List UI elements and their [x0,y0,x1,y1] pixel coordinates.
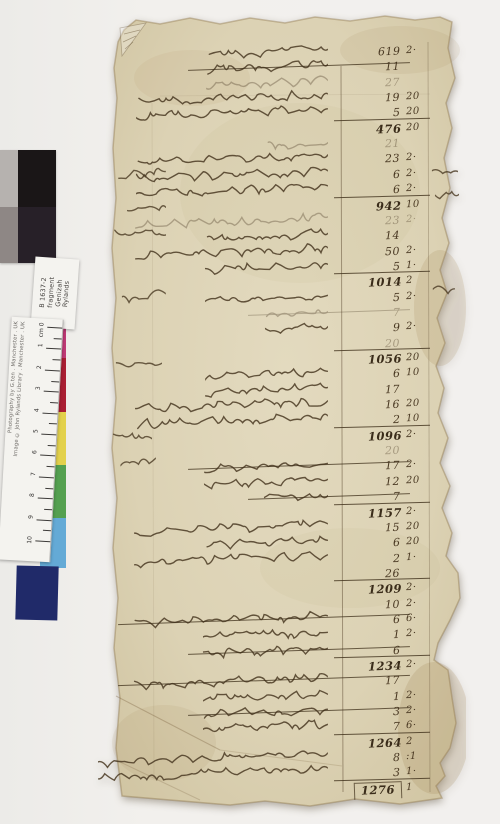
amount-value: 6 [392,536,400,549]
ruler-tick-major [46,348,61,350]
unit-value: 20 [406,352,420,363]
amount-value: 1234 [368,658,402,673]
amount-value: 1056 [368,351,402,366]
ruler-tick-minor [51,381,59,382]
ruler-tick-major [40,455,55,457]
unit-value: 2· [406,183,417,194]
ruler-tick-label: 8 [29,493,36,497]
account-entry-row: 502· [100,245,466,260]
ruler-tick-label: 4 [34,408,41,412]
margin-note-script [112,431,152,445]
account-entry-row: 11 [100,60,466,75]
unit-value: 20 [406,122,420,133]
manuscript-fragment: 6192·112719205204762021232·62·62·9421023… [100,8,466,820]
unit-value: 20 [406,91,420,102]
unit-value: 10 [406,198,420,209]
ruler-tick-major [45,369,60,371]
unit-value: 2 [406,275,413,286]
ruler-tick-minor [45,487,53,488]
ruler-tick-major [38,498,53,500]
unit-value: 2· [406,168,417,179]
account-rows: 6192·112719205204762021232·62·62·9421023… [100,8,466,820]
unit-value: 2· [406,152,417,163]
unit-value: 1· [406,260,417,271]
account-entry-row: 26 [100,567,466,582]
account-entry-row: 7 [100,306,466,321]
amount-value: 6 [392,183,400,196]
account-total-row: 11572· [100,506,466,521]
account-total-row: 12092· [100,582,466,597]
gray-patch-mid [0,207,18,263]
amount-value: 6 [392,367,400,380]
amount-value: 27 [385,75,400,89]
ruler-tick-label: 10 [26,536,33,544]
handwritten-script-line [205,258,328,276]
amount-value: 619 [377,45,400,59]
amount-value: 1 [392,628,400,641]
handwritten-script-line [203,719,328,737]
ruler-tick-minor [43,530,51,531]
account-entry-row: 17 [100,674,466,689]
ruler-tick-major [41,434,56,436]
amount-value: 17 [385,382,400,396]
account-entry-row: 1220 [100,475,466,490]
gray-patch-light [0,150,18,207]
ruler-tick-label: 5 [32,429,39,433]
navy-calibration-block [15,565,58,620]
unit-value: 2· [406,628,417,639]
ruler-tick-major [39,476,54,478]
amount-value: 1264 [368,735,402,750]
margin-note-script [432,283,455,298]
unit-value: 20 [406,475,420,486]
fragment-label-line: Rylands [62,280,71,307]
account-entry-row: 232· [100,152,466,167]
margin-note-script [116,357,162,372]
unit-value: 2· [406,214,417,225]
amount-value: 16 [385,398,400,412]
ruler-tick-major [47,327,62,329]
ruler-tick-major [37,519,52,521]
ruler-tick-label: cm 0 [38,322,46,337]
unit-value: :1 [406,751,417,762]
amount-value: 19 [385,91,400,105]
account-total-row: 10962· [100,429,466,444]
ruler-tick-minor [48,445,56,446]
unit-value: 2 [406,736,413,747]
unit-value: 20 [406,106,420,117]
unit-value: 2· [406,429,417,440]
unit-value: 2· [406,321,417,332]
unit-value: 1· [406,766,417,777]
amount-value: 5 [392,290,400,303]
account-entry-row: 1520 [100,521,466,536]
amount-value: 942 [376,198,402,213]
account-entry-row: 6192· [100,45,466,60]
unit-value: 2· [406,45,417,56]
fragment-label-line: Genizah [55,279,64,307]
ruler-tick-label: 2 [36,365,43,369]
amount-value: 23 [385,214,400,228]
amount-value: 20 [385,444,400,458]
account-entry-row: 66· [100,613,466,628]
amount-value: 5 [392,106,400,119]
amount-value: 1 [392,690,400,703]
photograph-of-manuscript: RylandsGenizahfragmentB 1637-2 Image © J… [0,0,500,824]
amount-value: 1276 [354,781,403,800]
ruler-tick-minor [50,402,58,403]
account-total-row: 12761 [100,782,466,797]
unit-value: 2· [406,659,417,670]
ruler-tick-major [42,412,57,414]
amount-value: 9 [392,321,400,334]
ruler-tick-label: 7 [30,472,37,476]
unit-value: 2· [406,597,417,608]
gray-patch-dark [18,207,56,263]
ruler-tick-minor [52,359,60,360]
ruler-tick-label: 3 [35,386,42,390]
amount-value: 10 [385,597,400,611]
unit-value: 2· [406,505,417,516]
unit-value: 1· [406,551,417,562]
account-total-row: 47620 [100,122,466,137]
unit-value: 2· [406,690,417,701]
amount-value: 7 [392,490,400,503]
amount-value: 15 [385,521,400,535]
margin-note-script [114,227,166,242]
amount-value: 476 [376,121,402,136]
amount-value: 1096 [368,428,402,443]
amount-value: 7 [392,306,400,319]
unit-value: 10 [406,367,420,378]
margin-note-script [435,188,459,202]
ruler-tick-label: 9 [28,515,35,519]
grayscale-calibration-chart [0,150,56,263]
handwritten-script-line [204,473,328,491]
account-entry-row: 102· [100,598,466,613]
amount-value: 50 [385,244,400,258]
ruler-tick-major [44,391,59,393]
amount-value: 23 [385,152,400,166]
account-entry-row: 12· [100,690,466,705]
account-entry-row: 21· [100,552,466,567]
ruler-tick-minor [46,466,54,467]
amount-value: 14 [385,229,400,243]
unit-value: 10 [406,413,420,424]
account-entry-row: 51· [100,260,466,275]
ruler-tick-minor [54,338,62,339]
handwritten-script-line [205,289,328,307]
account-entry-row: 27 [100,76,466,91]
gray-patch-black [18,150,56,207]
ruler-tick-major [35,540,50,542]
amount-value: 2 [392,551,400,564]
amount-value: 7 [392,720,400,733]
ruler-tick-label: 1 [37,344,44,348]
handwritten-script-line [265,321,329,337]
account-entry-row: 32· [100,705,466,720]
unit-value: 20 [406,536,420,547]
ruler-tick-label: 6 [31,450,38,454]
unit-value: 2· [406,290,417,301]
unit-value: 2· [406,244,417,255]
amount-value: 6 [392,168,400,181]
ruler-tick-minor [44,509,52,510]
amount-value: 12 [385,475,400,489]
account-entry-row: 232· [100,214,466,229]
unit-value: 20 [406,521,420,532]
margin-note-script [126,201,166,215]
unit-value: 6· [406,720,417,731]
unit-value: 1 [406,782,413,793]
amount-value: 21 [385,137,400,151]
ruler-tick-minor [49,423,57,424]
account-entry-row: 92· [100,321,466,336]
account-entry-row: 620 [100,536,466,551]
unit-value: 20 [406,398,420,409]
account-entry-row: 17 [100,383,466,398]
amount-value: 1209 [368,582,402,597]
amount-value: 1014 [368,275,402,290]
unit-value: 2· [406,582,417,593]
amount-value: 1157 [368,505,402,520]
margin-note-script [432,166,458,180]
amount-value: 2 [392,413,400,426]
account-entry-row: 12· [100,628,466,643]
amount-value: 8 [392,751,400,764]
